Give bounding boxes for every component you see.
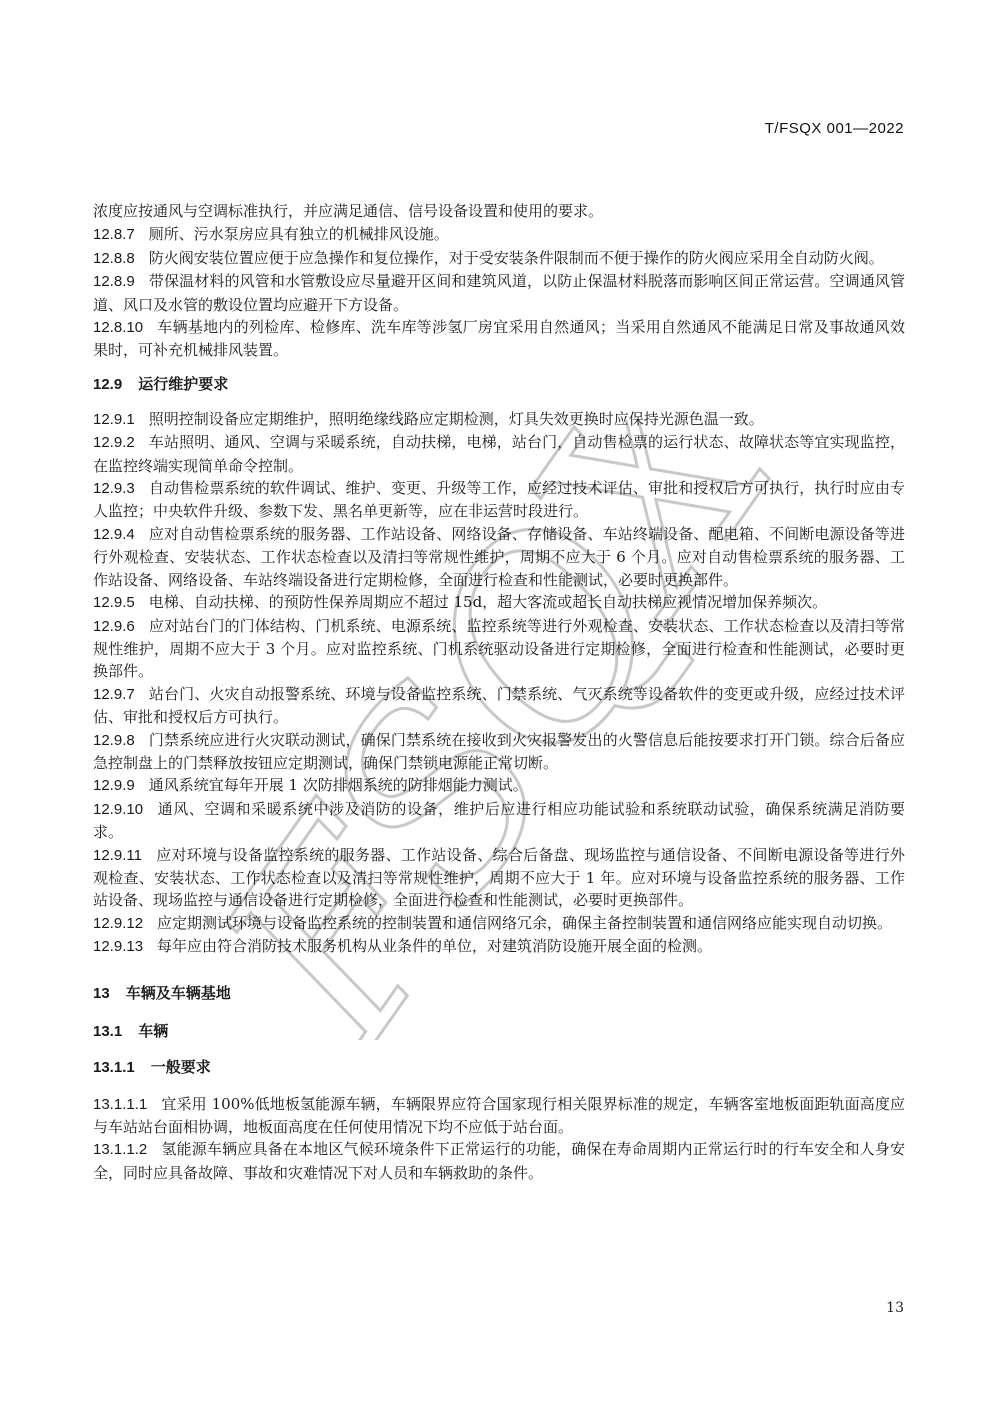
paragraph-12-9-6: 12.9.6应对站台门的门体结构、门机系统、电源系统、监控系统等进行外观检查、安… bbox=[93, 615, 905, 683]
section-heading-13-1: 13.1车辆 bbox=[93, 1021, 905, 1043]
paragraph-12-9-10: 12.9.10通风、空调和采暖系统中涉及消防的设备，维护后应进行相应功能试验和系… bbox=[93, 798, 905, 844]
paragraph-12-8-7: 12.8.7厕所、污水泵房应具有独立的机械排风设施。 bbox=[93, 223, 905, 246]
section-heading-12-9: 12.9运行维护要求 bbox=[93, 374, 905, 396]
paragraph-12-9-4: 12.9.4应对自动售检票系统的服务器、工作站设备、网络设备、存储设备、车站终端… bbox=[93, 523, 905, 591]
paragraph-12-8-10: 12.8.10车辆基地内的列检库、检修库、洗车库等涉氢厂房宜采用自然通风；当采用… bbox=[93, 316, 905, 362]
document-body: 浓度应按通风与空调标准执行，并应满足通信、信号设备设置和使用的要求。 12.8.… bbox=[93, 200, 905, 1184]
paragraph-12-9-11: 12.9.11应对环境与设备监控系统的服务器、工作站设备、综合后备盘、现场监控与… bbox=[93, 844, 905, 912]
page-header-doc-code: T/FSQX 001—2022 bbox=[765, 120, 904, 137]
section-13-1-1-body: 13.1.1.1宜采用 100%低地板氢能源车辆，车辆限界应符合国家现行相关限界… bbox=[93, 1093, 905, 1185]
paragraph-12-9-12: 12.9.12应定期测试环境与设备监控系统的控制装置和通信网络冗余，确保主备控制… bbox=[93, 912, 905, 935]
section-heading-13: 13车辆及车辆基地 bbox=[93, 983, 905, 1005]
paragraph-12-9-8: 12.9.8门禁系统应进行火灾联动测试，确保门禁系统在接收到火灾报警发出的火警信… bbox=[93, 729, 905, 775]
section-heading-13-1-1: 13.1.1一般要求 bbox=[93, 1057, 905, 1079]
paragraph-12-9-3: 12.9.3自动售检票系统的软件调试、维护、变更、升级等工作，应经过技术评估、审… bbox=[93, 477, 905, 523]
paragraph-12-8-9: 12.8.9带保温材料的风管和水管敷设应尽量避开区间和建筑风道，以防止保温材料脱… bbox=[93, 270, 905, 316]
paragraph-12-8-8: 12.8.8防火阀安装位置应便于应急操作和复位操作，对于受安装条件限制而不便于操… bbox=[93, 247, 905, 270]
page-number: 13 bbox=[886, 1300, 904, 1316]
paragraph-12-9-2: 12.9.2车站照明、通风、空调与采暖系统，自动扶梯，电梯，站台门，自动售检票的… bbox=[93, 431, 905, 477]
paragraph-12-9-9: 12.9.9通风系统宜每年开展 1 次防排烟系统的防排烟能力测试。 bbox=[93, 774, 905, 797]
paragraph-12-9-1: 12.9.1照明控制设备应定期维护，照明绝缘线路应定期检测，灯具失效更换时应保持… bbox=[93, 408, 905, 431]
paragraph-13-1-1-1: 13.1.1.1宜采用 100%低地板氢能源车辆，车辆限界应符合国家现行相关限界… bbox=[93, 1093, 905, 1139]
paragraph-13-1-1-2: 13.1.1.2氢能源车辆应具备在本地区气候环境条件下正常运行的功能，确保在寿命… bbox=[93, 1138, 905, 1184]
paragraph-12-9-13: 12.9.13每年应由符合消防技术服务机构从业条件的单位，对建筑消防设施开展全面… bbox=[93, 935, 905, 958]
section-12-8-continued: 浓度应按通风与空调标准执行，并应满足通信、信号设备设置和使用的要求。 12.8.… bbox=[93, 200, 905, 362]
paragraph-12-9-7: 12.9.7站台门、火灾自动报警系统、环境与设备监控系统、门禁系统、气灭系统等设… bbox=[93, 683, 905, 729]
section-12-9-body: 12.9.1照明控制设备应定期维护，照明绝缘线路应定期检测，灯具失效更换时应保持… bbox=[93, 408, 905, 959]
paragraph: 浓度应按通风与空调标准执行，并应满足通信、信号设备设置和使用的要求。 bbox=[93, 200, 905, 223]
paragraph-12-9-5: 12.9.5电梯、自动扶梯、的预防性保养周期应不超过 15d，超大客流或超长自动… bbox=[93, 591, 905, 614]
